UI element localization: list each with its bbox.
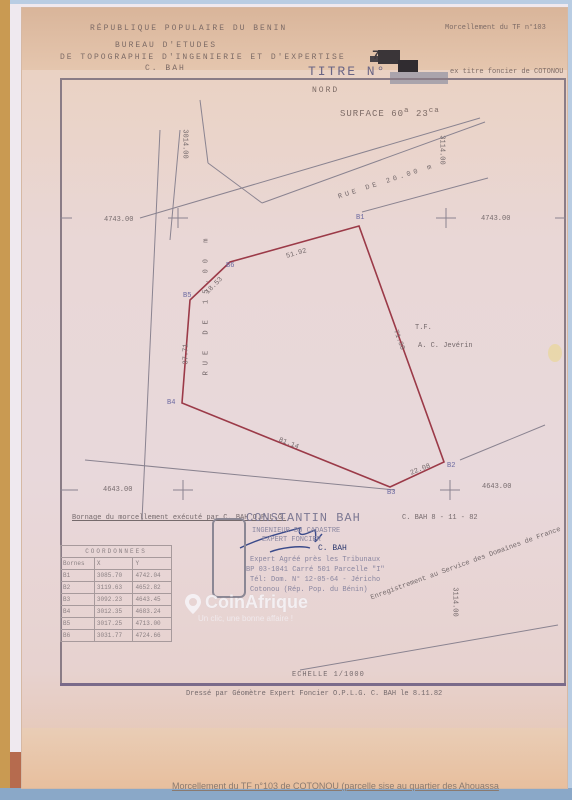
table-row: B1 3085.70 4742.04 [61,570,172,582]
cell-borne: B1 [61,570,95,582]
table-row: B3 3092.23 4643.45 [61,594,172,606]
cell-x: 3012.35 [94,606,133,618]
boundary-point-B1: B1 [356,214,364,222]
stamp-line: Expert Agréé près les Tribunaux [250,556,380,564]
scale-label: ECHELLE 1/1000 [292,671,365,679]
grid-label: 4743.00 [481,215,510,223]
parcel-plan-drawing [0,0,572,800]
column-header: Y [133,558,172,570]
cell-x: 3119.63 [94,582,133,594]
watermark-brand: CoinAfrique [205,592,308,613]
column-header: X [94,558,133,570]
table-row: B5 3017.25 4713.00 [61,618,172,630]
cell-x: 3092.23 [94,594,133,606]
stamp-line: INGENIEUR DU CADASTRE [252,527,340,535]
cell-y: 4683.24 [133,606,172,618]
neighbor-title: T.F. [415,324,432,332]
boundary-point-B3: B3 [387,489,395,497]
cell-borne: B5 [61,618,95,630]
table-row: B4 3012.35 4683.24 [61,606,172,618]
coordinates-table: COORDONNEES Bornes X Y B1 3085.70 4742.0… [60,545,172,642]
cell-y: 4742.04 [133,570,172,582]
table-row: B2 3119.63 4652.82 [61,582,172,594]
official-stamp-box [212,518,246,598]
cell-y: 4652.82 [133,582,172,594]
boundary-point-B2: B2 [447,462,455,470]
boundary-point-B6: B6 [226,262,234,270]
cell-x: 3085.70 [94,570,133,582]
cell-borne: B3 [61,594,95,606]
cell-y: 4643.45 [133,594,172,606]
bornage-date: C. BAH 8 - 11 - 82 [402,514,478,522]
coordinates-title: COORDONNEES [61,546,172,558]
cell-borne: B4 [61,606,95,618]
grid-label: 3014.00 [181,129,189,158]
segment-length: 37.71 [183,343,191,364]
stamp-name: CONSTANTIN BAH [246,511,361,525]
grid-label: 3114.00 [438,135,446,164]
table-row: B6 3031.77 4724.66 [61,630,172,642]
table-header-row: Bornes X Y [61,558,172,570]
grid-label: 4643.00 [482,483,511,491]
cell-y: 4724.66 [133,630,172,642]
drawn-by-note: Dressé par Géomètre Expert Foncier O.P.L… [186,690,442,698]
cell-x: 3031.77 [94,630,133,642]
watermark-tagline: Un clic, une bonne affaire ! [198,614,293,623]
grid-label: 4743.00 [104,216,133,224]
cell-y: 4713.00 [133,618,172,630]
stamp-line: Tél: Dom. N° 12-05-64 - Jéricho [250,576,380,584]
cell-borne: B2 [61,582,95,594]
grid-label: 3114.00 [451,587,459,616]
footer-description: Morcellement du TF n°103 de COTONOU (par… [172,781,499,791]
stamp-line: EXPERT FONCIER [262,536,321,544]
location-pin-icon [183,593,203,615]
boundary-point-B4: B4 [167,399,175,407]
stamp-line: BP 03-1041 Carré 501 Parcelle "I" [246,566,385,574]
signature-name: C. BAH [318,544,347,553]
paper-stain [548,344,562,362]
cell-x: 3017.25 [94,618,133,630]
parcel-boundary [182,226,444,487]
grid-label: 4643.00 [103,486,132,494]
column-header: Bornes [61,558,95,570]
neighbor-owner: A. C. Jevérin [418,342,473,350]
cell-borne: B6 [61,630,95,642]
street-label-west: RUE DE 15.00 m [202,233,210,376]
boundary-point-B5: B5 [183,292,191,300]
